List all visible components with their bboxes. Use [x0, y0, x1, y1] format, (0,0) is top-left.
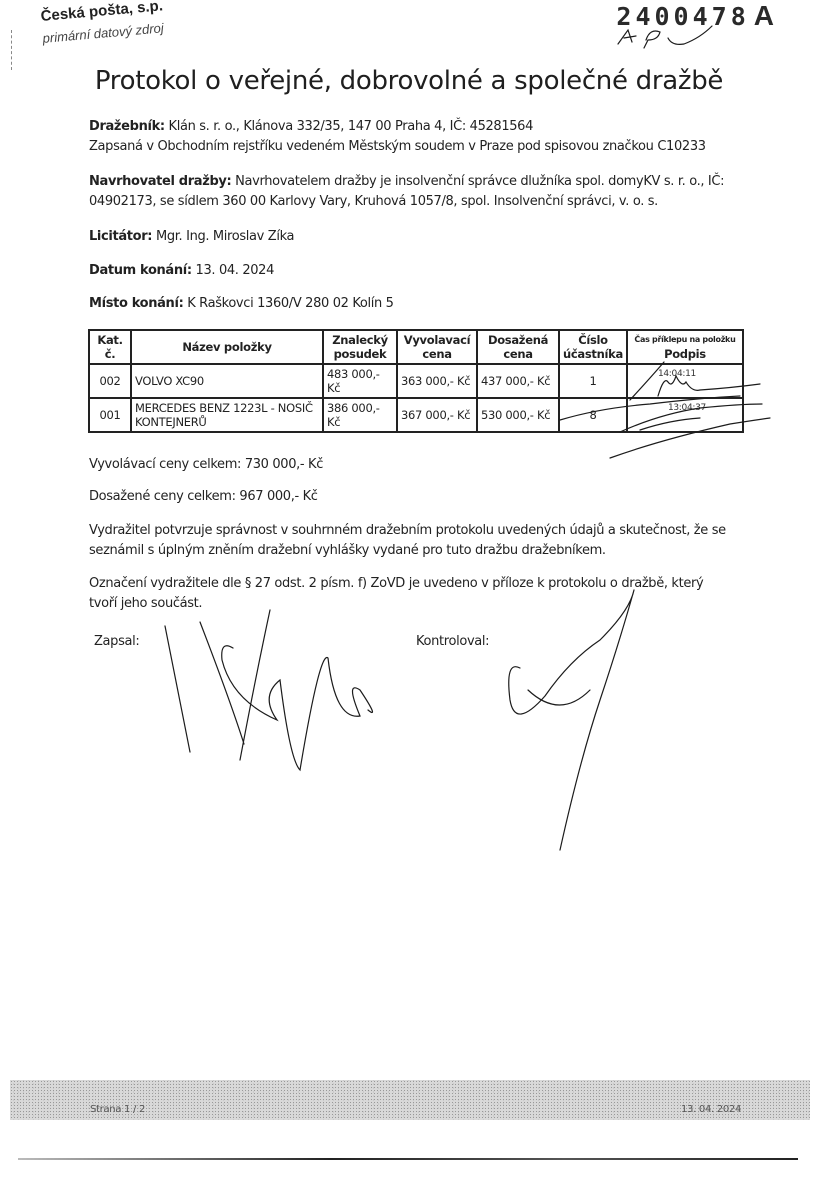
- auctioneer-label: Dražebník:: [89, 119, 165, 134]
- place-label: Místo konání:: [89, 296, 183, 311]
- header-achieved-line2: cena: [503, 347, 532, 361]
- header-starting-line2: cena: [422, 347, 451, 361]
- licitator-row: Licitátor: Mgr. Ing. Miroslav Zíka: [89, 227, 739, 247]
- cell-expert-valuation: 386 000,- Kč: [323, 398, 397, 432]
- cell-signature: 13:04:37: [627, 398, 743, 432]
- document-number-suffix: A: [754, 0, 774, 31]
- table-row: 001 MERCEDES BENZ 1223L - NOSIČ KONTEJNE…: [89, 398, 743, 432]
- header-signature: Čas příklepu na položku Podpis: [627, 330, 743, 364]
- header-item-name: Název položky: [131, 330, 323, 364]
- cell-item-name: MERCEDES BENZ 1223L - NOSIČ KONTEJNERŮ: [131, 398, 323, 432]
- cell-cat-no: 002: [89, 364, 131, 398]
- proposer-value-line1: Navrhovatelem dražby je insolvenční sprá…: [235, 174, 724, 189]
- header-signature-label: Podpis: [664, 347, 706, 361]
- place-value: K Raškovci 1360/V 280 02 Kolín 5: [187, 296, 393, 311]
- header-cat-no: Kat. č.: [89, 330, 131, 364]
- table-header-row: Kat. č. Název položky Znalecký posudek V…: [89, 330, 743, 364]
- hammer-time: 14:04:11: [658, 369, 696, 379]
- recorded-by-label: Zapsal:: [94, 632, 194, 652]
- cell-participant-no: 1: [559, 364, 627, 398]
- cell-item-name: VOLVO XC90: [131, 364, 323, 398]
- starting-total: Vyvolávací ceny celkem: 730 000,- Kč: [89, 455, 739, 475]
- cell-signature: 14:04:11: [627, 364, 743, 398]
- proposer-label: Navrhovatel dražby:: [89, 174, 231, 189]
- designation-statement: Označení vydražitele dle § 27 odst. 2 pí…: [89, 574, 729, 614]
- page-number: Strana 1 / 2: [90, 1104, 145, 1115]
- header-expert-line2: posudek: [334, 347, 387, 361]
- cell-expert-valuation: 483 000,- Kč: [323, 364, 397, 398]
- cell-starting-price: 367 000,- Kč: [397, 398, 477, 432]
- cell-achieved-price: 530 000,- Kč: [477, 398, 559, 432]
- date-label: Datum konání:: [89, 263, 192, 278]
- licitator-value: Mgr. Ing. Miroslav Zíka: [156, 229, 294, 244]
- document-number-digits: 2400478: [616, 2, 749, 31]
- checked-by-label: Kontroloval:: [416, 632, 536, 652]
- header-expert-valuation: Znalecký posudek: [323, 330, 397, 364]
- cell-starting-price: 363 000,- Kč: [397, 364, 477, 398]
- date-row: Datum konání: 13. 04. 2024: [89, 261, 739, 281]
- proposer-value-line2: 04902173, se sídlem 360 00 Karlovy Vary,…: [89, 192, 739, 212]
- auctioneer-block: Dražebník: Klán s. r. o., Klánova 332/35…: [89, 117, 739, 157]
- footer-date: 13. 04. 2024: [681, 1104, 741, 1115]
- checked-by-signature: [509, 590, 634, 850]
- licitator-label: Licitátor:: [89, 229, 152, 244]
- proposer-block: Navrhovatel dražby: Navrhovatelem dražby…: [89, 172, 739, 212]
- header-expert-line1: Znalecký: [332, 333, 388, 347]
- stamp-subtitle: primární datový zdroj: [42, 20, 165, 46]
- cell-participant-no: 8: [559, 398, 627, 432]
- postal-stamp: Česká pošta, s.p. primární datový zdroj: [40, 0, 165, 46]
- header-achieved-line1: Dosažená: [488, 333, 548, 347]
- footer-rule: [18, 1158, 798, 1160]
- auctioneer-value: Klán s. r. o., Klánova 332/35, 147 00 Pr…: [169, 119, 534, 134]
- cell-achieved-price: 437 000,- Kč: [477, 364, 559, 398]
- recorded-by-signature: [165, 610, 373, 770]
- date-value: 13. 04. 2024: [196, 263, 275, 278]
- header-participant-no: Číslo účastníka: [559, 330, 627, 364]
- header-starting-price: Vyvolavací cena: [397, 330, 477, 364]
- header-achieved-price: Dosažená cena: [477, 330, 559, 364]
- table-row: 002 VOLVO XC90 483 000,- Kč 363 000,- Kč…: [89, 364, 743, 398]
- cell-cat-no: 001: [89, 398, 131, 432]
- auctioneer-registration: Zapsaná v Obchodním rejstříku vedeném Mě…: [89, 137, 739, 157]
- confirmation-statement: Vydražitel potvrzuje správnost v souhrnn…: [89, 521, 737, 561]
- header-participant-line1: Číslo: [578, 333, 608, 347]
- header-hammer-time: Čas příklepu na položku: [631, 333, 739, 347]
- document-number: 2400478A: [616, 0, 774, 32]
- scan-margin-mark: [11, 30, 13, 70]
- document-title: Protokol o veřejné, dobrovolné a společn…: [0, 66, 818, 96]
- auction-items-table: Kat. č. Název položky Znalecký posudek V…: [88, 329, 744, 433]
- achieved-total: Dosažené ceny celkem: 967 000,- Kč: [89, 487, 739, 507]
- place-row: Místo konání: K Raškovci 1360/V 280 02 K…: [89, 294, 739, 314]
- header-participant-line2: účastníka: [563, 347, 623, 361]
- hammer-time: 13:04:37: [668, 403, 706, 413]
- header-starting-line1: Vyvolavací: [404, 333, 471, 347]
